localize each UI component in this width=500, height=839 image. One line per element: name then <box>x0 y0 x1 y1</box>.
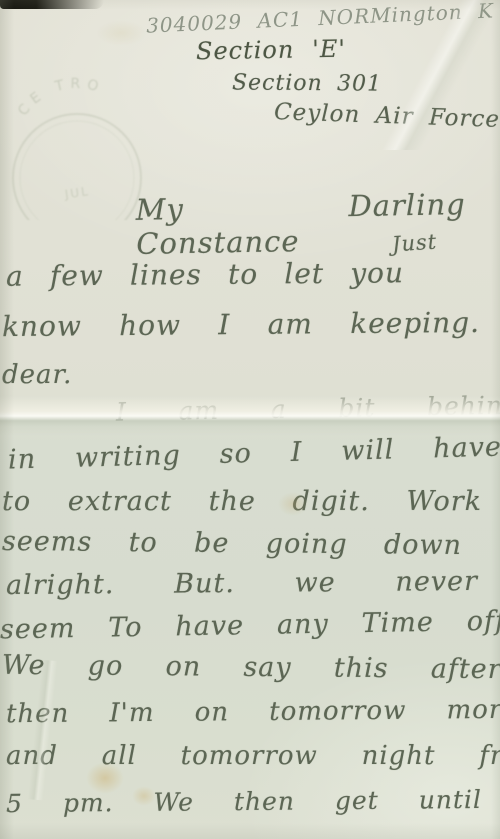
section-number-line: Section 301 <box>232 70 382 96</box>
body-line: to extract the digit. Work <box>2 486 482 517</box>
body-line: dear. <box>2 360 72 390</box>
paper-stain <box>96 20 146 46</box>
body-line: and all tomorrow night fro <box>6 741 500 771</box>
body-line: seems to be going down <box>2 526 462 561</box>
unit-section-line: Section 'E' <box>196 35 346 66</box>
body-line: know how I am keeping. <box>2 306 480 343</box>
body-line: We go on say this aftern <box>2 650 500 686</box>
body-line-on-crease: I am a bit behind <box>116 390 500 426</box>
postmark-outer-ring <box>13 114 141 220</box>
force-line: Ceylon Air Force <box>274 99 500 133</box>
body-line: then I'm on tomorrow morn <box>6 695 500 729</box>
service-number-line: 3040029 AC1 NORMington K <box>146 0 495 38</box>
scan-artifact-top-left <box>0 0 104 9</box>
body-line: 5 pm. We then get until <box>6 785 482 818</box>
inserted-word: Just <box>391 229 438 256</box>
postmark-arc-text: CE TRO <box>15 76 106 119</box>
postmark-center-text: JUL <box>63 184 91 201</box>
letter-page: CE TRO JUL 3040029 AC1 NORMington K Sect… <box>0 0 500 839</box>
postmark-inner-ring <box>20 121 134 220</box>
body-line: alright. But. we never <box>6 566 478 601</box>
body-line: seem To have any Time off <box>0 606 500 646</box>
body-line: a few lines to let you <box>6 256 404 292</box>
body-line: in writing so I will have <box>8 432 500 476</box>
